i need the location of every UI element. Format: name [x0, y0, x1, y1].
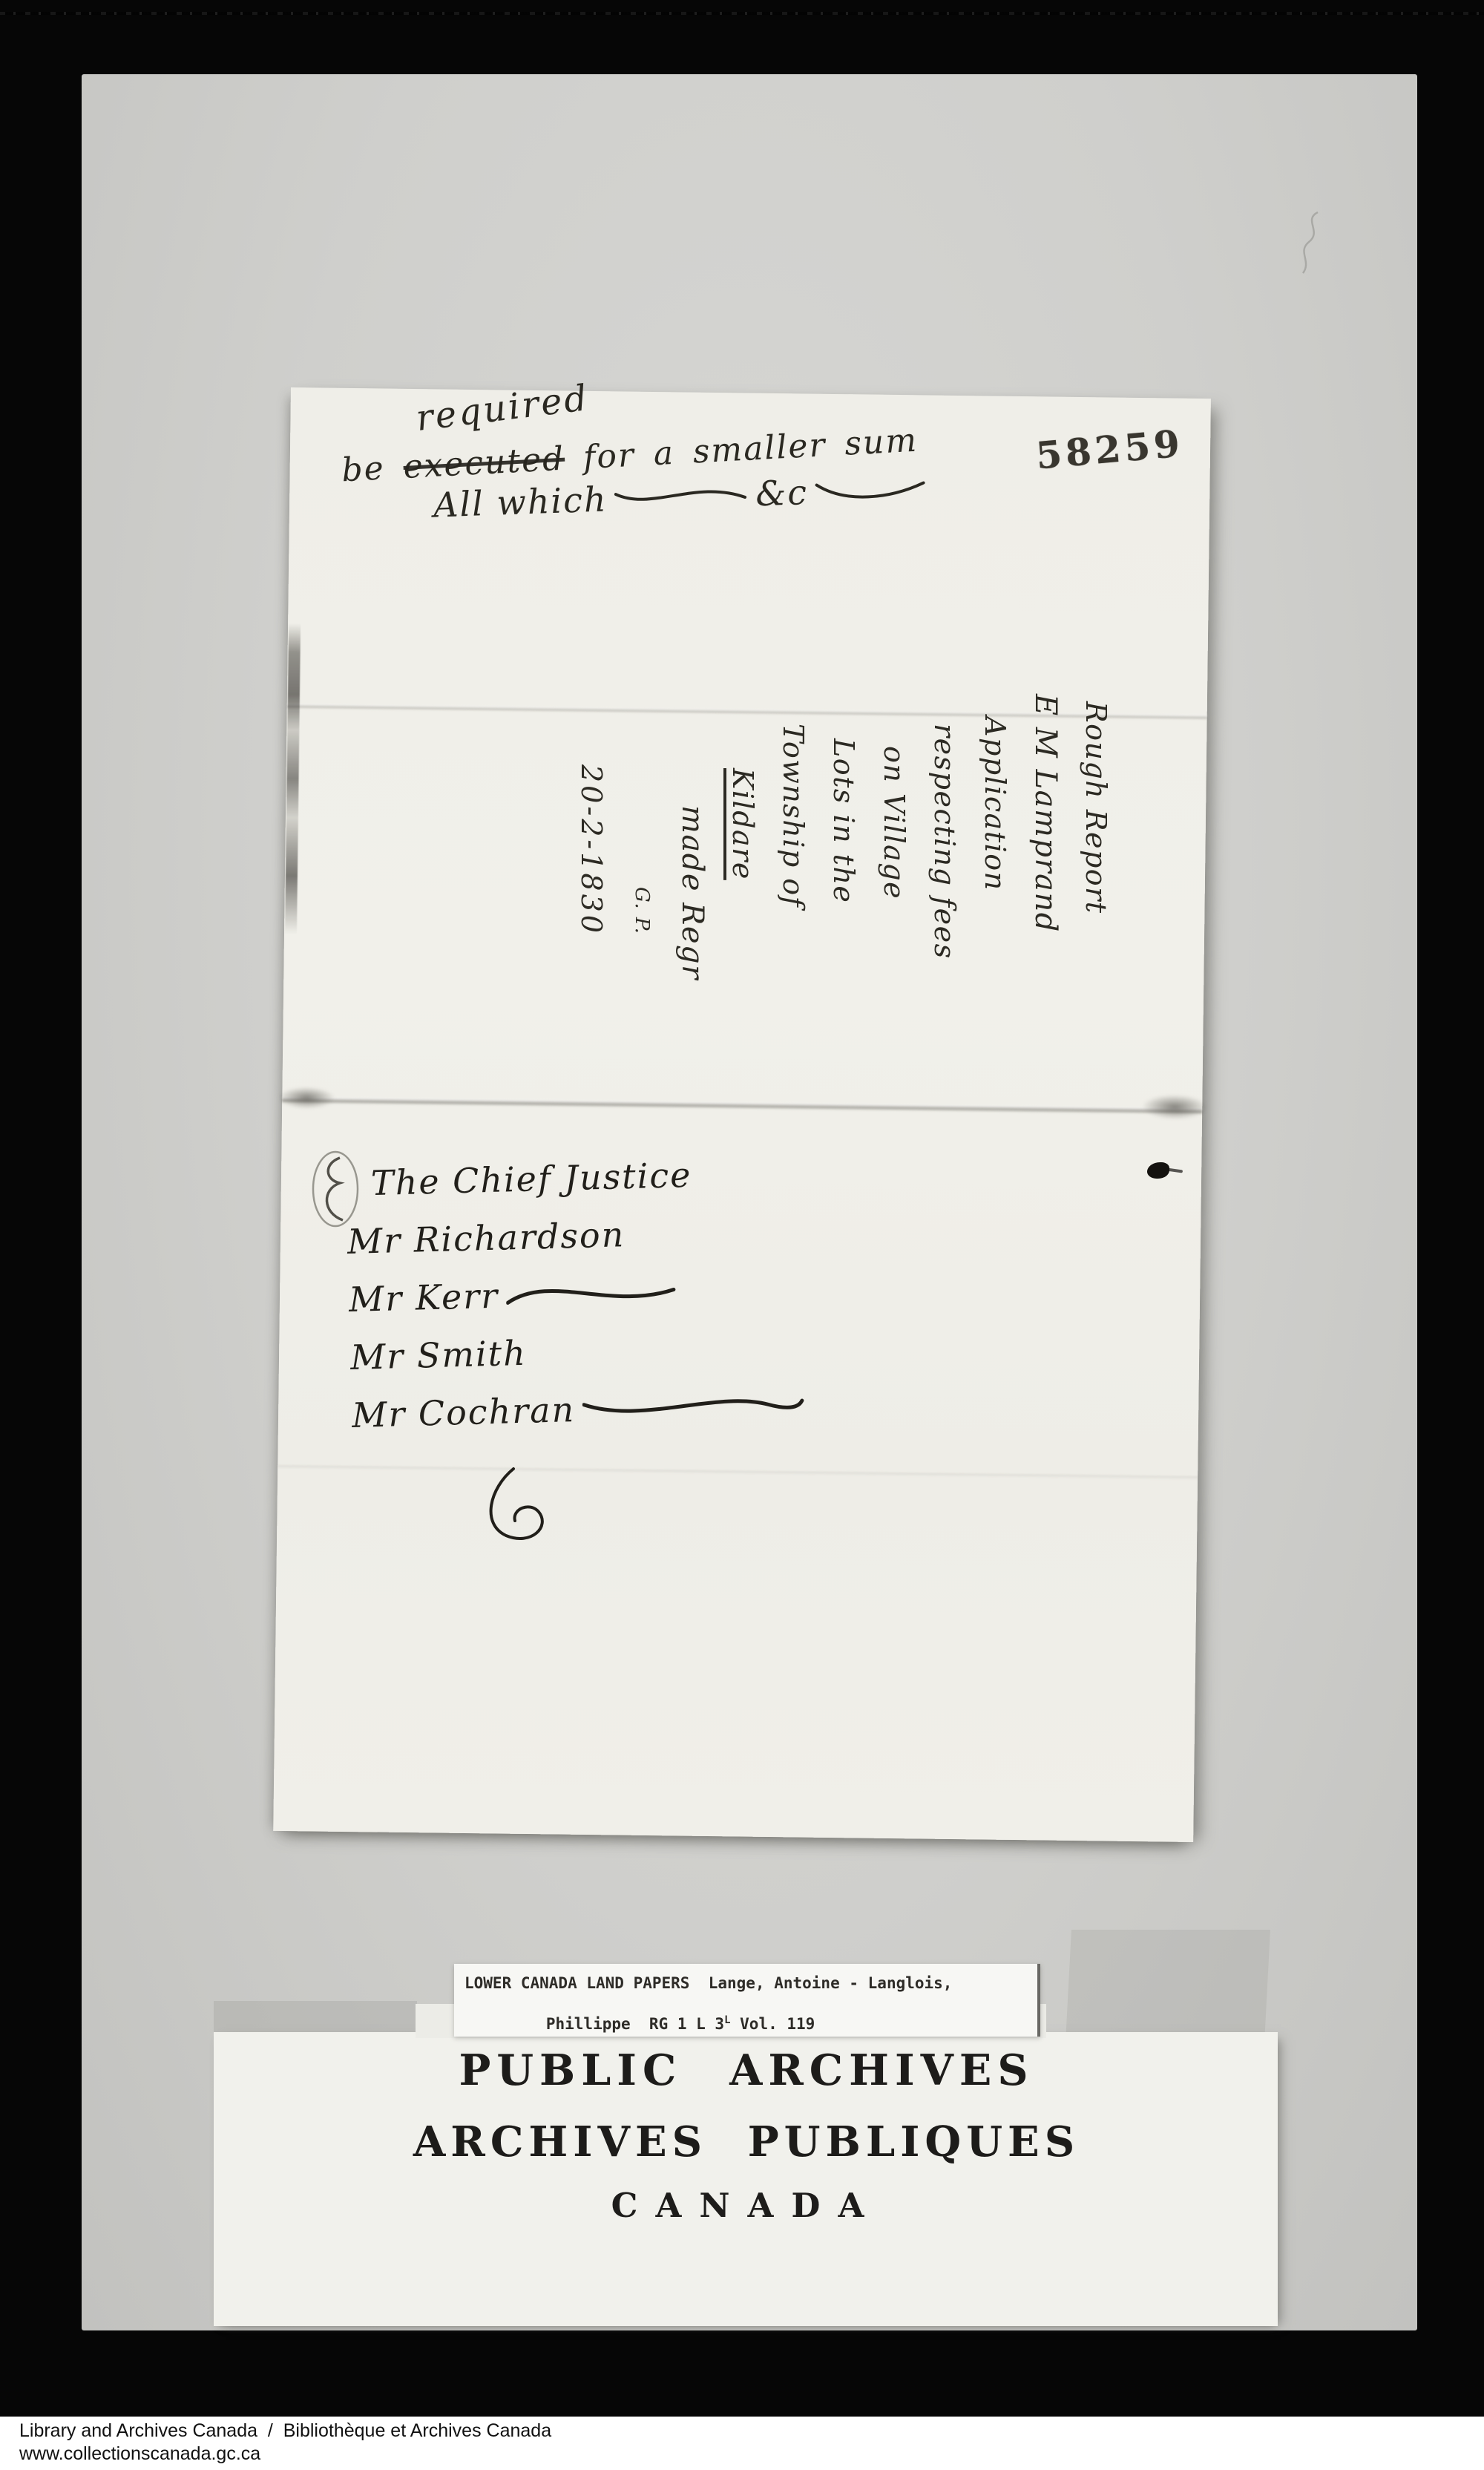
referral-name-text: The Chief Justice — [370, 1146, 692, 1212]
archive-stamp: PUBLIC ARCHIVES ARCHIVES PUBLIQUES CANAD… — [215, 2045, 1278, 2225]
pen-flourish-icon — [506, 1276, 677, 1310]
docket-line: G. P. — [617, 694, 667, 1102]
closing-phrase: All which — [433, 479, 608, 525]
pen-flourish-icon — [614, 481, 749, 512]
label-reference: Phillippe RG 1 L 3 — [546, 2015, 724, 2033]
stamp-line-english: PUBLIC ARCHIVES — [215, 2045, 1278, 2095]
referral-name-text: Mr Smith — [349, 1324, 528, 1386]
referral-name: The Chief Justice — [370, 1143, 800, 1212]
fold-shadow — [278, 1087, 335, 1110]
scanned-document-page: required be executed for a smaller sum A… — [0, 0, 1484, 2470]
docket-date-line: 20-2-1830 — [566, 694, 617, 1102]
stamp-line-french: ARCHIVES PUBLIQUES — [215, 2117, 1278, 2166]
closing-etc: &c — [755, 472, 809, 514]
annotation-prefix: be — [341, 449, 386, 489]
docket-line: made Regr — [667, 694, 718, 1102]
docket-line: E M Lamprand — [1020, 694, 1071, 1102]
label-volume: Vol. 119 — [731, 2015, 815, 2033]
referral-name-text: Mr Richardson — [347, 1205, 626, 1271]
footer-bar: Library and Archives Canada / Bibliothèq… — [0, 2417, 1484, 2470]
docket-line-underlined: Kildare — [718, 694, 768, 1102]
catalog-label: LOWER CANADA LAND PAPERS Lange, Antoine … — [454, 1964, 1040, 2037]
docket-line: on Village — [869, 694, 919, 1102]
docket-line: Rough Report — [1071, 694, 1121, 1102]
docket-line: Township of — [768, 694, 818, 1102]
paper-crease — [278, 1465, 1198, 1480]
film-edge-noise — [0, 12, 1484, 15]
fiber-mark-icon — [1290, 209, 1334, 276]
referral-name-text: Mr Cochran — [351, 1380, 576, 1444]
torn-edge — [285, 623, 301, 947]
referral-name-text: Mr Kerr — [348, 1267, 499, 1329]
signature-loop-icon — [467, 1466, 564, 1547]
label-line-1: LOWER CANADA LAND PAPERS Lange, Antoine … — [454, 1964, 1037, 1992]
label-line-2: Phillippe RG 1 L 3L Vol. 119 — [454, 1992, 1037, 2051]
docket-line: respecting fees — [919, 694, 970, 1102]
stamp-line-canada: CANADA — [215, 2186, 1278, 2225]
docket-block: Rough Report E M Lamprand Application re… — [566, 694, 1121, 1102]
pen-flourish-icon — [582, 1387, 806, 1426]
fold-shadow — [1141, 1094, 1208, 1120]
footer-attribution: Library and Archives Canada / Bibliothèq… — [19, 2420, 551, 2442]
docket-line: Lots in the — [818, 694, 869, 1102]
pen-flourish-icon — [815, 475, 927, 504]
label-reference-superscript: L — [724, 2014, 730, 2026]
referral-name: Mr Cochran — [351, 1375, 806, 1444]
docket-line: Application — [970, 694, 1020, 1102]
referral-list: The Chief Justice Mr Richardson Mr Kerr … — [345, 1143, 806, 1444]
tape-mark — [1066, 1930, 1270, 2042]
main-paper — [273, 387, 1211, 1842]
footer-url: www.collectionscanada.gc.ca — [19, 2443, 260, 2465]
